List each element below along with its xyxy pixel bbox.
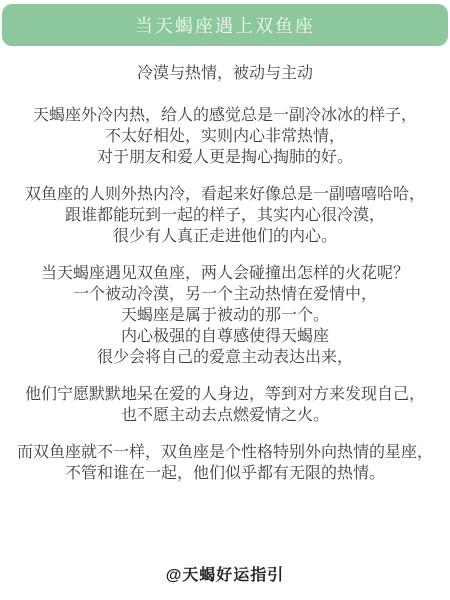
paragraph-line: 不管和谁在一起，他们似乎都有无限的热情。 [0,463,450,484]
paragraph-line: 他们宁愿默默地呆在爱的人身边，等到对方来发现自己， [0,384,450,405]
paragraph-line: 跟谁都能玩到一起的样子，其实内心很冷漠， [0,205,450,226]
paragraph-line: 天蝎座外冷内热，给人的感觉总是一副冷冰冰的样子， [0,105,450,126]
paragraph-line: 也不愿主动去点燃爱情之火。 [0,405,450,426]
paragraph-line: 不太好相处，实则内心非常热情， [0,126,450,147]
credit-line: @天蝎好运指引 [0,562,450,585]
paragraph-line: 很少会将自己的爱意主动表达出来， [0,347,450,368]
paragraph-line: 而双鱼座就不一样，双鱼座是个性格特别外向热情的星座， [0,442,450,463]
paragraph: 他们宁愿默默地呆在爱的人身边，等到对方来发现自己， 也不愿主动去点燃爱情之火。 [0,384,450,426]
paragraph: 当天蝎座遇见双鱼座，两人会碰撞出怎样的火花呢？ 一个被动冷漠，另一个主动热情在爱… [0,263,450,368]
paragraph-line: 一个被动冷漠，另一个主动热情在爱情中， [0,284,450,305]
paragraph-line: 天蝎座是属于被动的那一个。 [0,305,450,326]
header-banner: 当天蝎座遇上双鱼座 [2,4,448,46]
paragraph: 双鱼座的人则外热内冷，看起来好像总是一副嘻嘻哈哈， 跟谁都能玩到一起的样子，其实… [0,184,450,247]
article-body: 天蝎座外冷内热，给人的感觉总是一副冷冰冰的样子， 不太好相处，实则内心非常热情，… [0,105,450,484]
paragraph: 天蝎座外冷内热，给人的感觉总是一副冷冰冰的样子， 不太好相处，实则内心非常热情，… [0,105,450,168]
paragraph-line: 双鱼座的人则外热内冷，看起来好像总是一副嘻嘻哈哈， [0,184,450,205]
article-page: 当天蝎座遇上双鱼座 冷漠与热情，被动与主动 天蝎座外冷内热，给人的感觉总是一副冷… [0,0,450,600]
paragraph-line: 很少有人真正走进他们的内心。 [0,226,450,247]
paragraph-line: 内心极强的自尊感使得天蝎座 [0,326,450,347]
paragraph-line: 当天蝎座遇见双鱼座，两人会碰撞出怎样的火花呢？ [0,263,450,284]
paragraph-line: 对于朋友和爱人更是掏心掏肺的好。 [0,147,450,168]
paragraph: 而双鱼座就不一样，双鱼座是个性格特别外向热情的星座， 不管和谁在一起，他们似乎都… [0,442,450,484]
header-title: 当天蝎座遇上双鱼座 [135,12,315,38]
subtitle: 冷漠与热情，被动与主动 [0,63,450,85]
